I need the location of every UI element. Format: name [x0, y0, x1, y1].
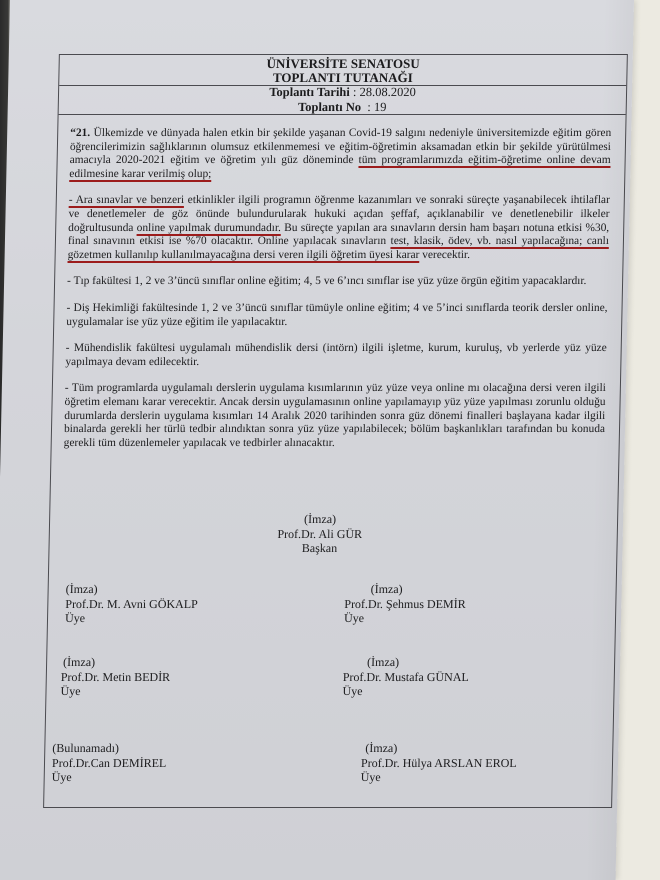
signature-member-absent: (Bulunamadı) Prof.Dr.Can DEMİREL Üye [52, 741, 167, 785]
decision-body: “21. Ülkemizde ve dünyada halen etkin bi… [63, 127, 611, 463]
decision-paragraph-engineering: - Mühendislik fakültesi uygulamalı mühen… [65, 342, 607, 369]
decision-paragraph-2: - Ara sınavlar ve benzeri etkinlikler il… [68, 194, 610, 262]
signature-status: (İmza) [361, 741, 517, 756]
signature-member: (İmza) Prof.Dr. Metin BEDİR Üye [60, 655, 170, 699]
decision-number: “21. [70, 127, 90, 139]
highlighted-text: - Ara sınavlar ve benzeri [69, 194, 185, 206]
signature-name: Prof.Dr. Mustafa GÜNAL [343, 670, 469, 685]
signature-status: (İmza) [66, 582, 199, 597]
decision-paragraph-1: “21. Ülkemizde ve dünyada halen etkin bi… [69, 127, 611, 181]
signature-name: Prof.Dr. Metin BEDİR [61, 670, 171, 685]
signature-role: Üye [60, 684, 170, 699]
document-paper: ÜNİVERSİTE SENATOSU TOPLANTI TUTANAĞI To… [0, 0, 634, 880]
signature-name: Prof.Dr. Hülya ARSLAN EROL [361, 756, 517, 771]
signature-name: Prof.Dr. Ali GÜR [260, 527, 380, 542]
decision-paragraph-practical-courses: - Tüm programlarda uygulamalı derslerin … [64, 382, 606, 450]
signature-name: Prof.Dr. M. Avni GÖKALP [65, 597, 198, 612]
signature-role: Üye [65, 611, 198, 626]
signature-name: Prof.Dr.Can DEMİREL [52, 756, 167, 771]
title-line-1: ÜNİVERSİTE SENATOSU [60, 55, 627, 71]
meeting-date: Toplantı Tarihi : 28.08.2020 [59, 85, 626, 100]
document-frame: ÜNİVERSİTE SENATOSU TOPLANTI TUTANAĞI To… [43, 54, 628, 808]
signature-chair: (İmza) Prof.Dr. Ali GÜR Başkan [259, 512, 380, 556]
signature-status: (İmza) [61, 655, 171, 670]
signature-member: (İmza) Prof.Dr. Hülya ARSLAN EROL Üye [361, 741, 518, 785]
meeting-number: Toplantı No : 19 [59, 100, 626, 115]
decision-paragraph-medicine: - Tıp fakültesi 1, 2 ve 3’üncü sınıflar … [67, 275, 608, 289]
meeting-date-label: Toplantı Tarihi [269, 85, 350, 99]
meeting-date-value: 28.08.2020 [359, 85, 416, 99]
signature-role: Üye [342, 684, 468, 699]
signature-member: (İmza) Prof.Dr. Şehmus DEMİR Üye [344, 582, 466, 626]
title-block: ÜNİVERSİTE SENATOSU TOPLANTI TUTANAĞI [59, 55, 627, 86]
signature-role: Üye [52, 770, 167, 785]
decision-paragraph-dentistry: - Diş Hekimliği fakültesinde 1, 2 ve 3’ü… [66, 302, 608, 329]
signature-status: (İmza) [260, 512, 380, 527]
signature-status: (Bulunamadı) [52, 741, 167, 756]
signature-role: Üye [344, 611, 466, 626]
signature-status: (İmza) [343, 655, 469, 670]
highlighted-text: online yapılmak durumundadır. [137, 222, 281, 234]
meeting-number-label: Toplantı No [298, 100, 361, 114]
signature-status: (İmza) [345, 582, 467, 597]
signature-role: Üye [361, 770, 517, 785]
meeting-meta-block: Toplantı Tarihi : 28.08.2020 Toplantı No… [59, 85, 627, 115]
meeting-number-value: 19 [374, 100, 387, 114]
title-line-2: TOPLANTI TUTANAĞI [59, 71, 626, 85]
signature-member: (İmza) Prof.Dr. Mustafa GÜNAL Üye [342, 655, 469, 699]
signature-member: (İmza) Prof.Dr. M. Avni GÖKALP Üye [65, 582, 198, 626]
signature-role: Başkan [259, 541, 379, 556]
signature-name: Prof.Dr. Şehmus DEMİR [344, 597, 466, 612]
